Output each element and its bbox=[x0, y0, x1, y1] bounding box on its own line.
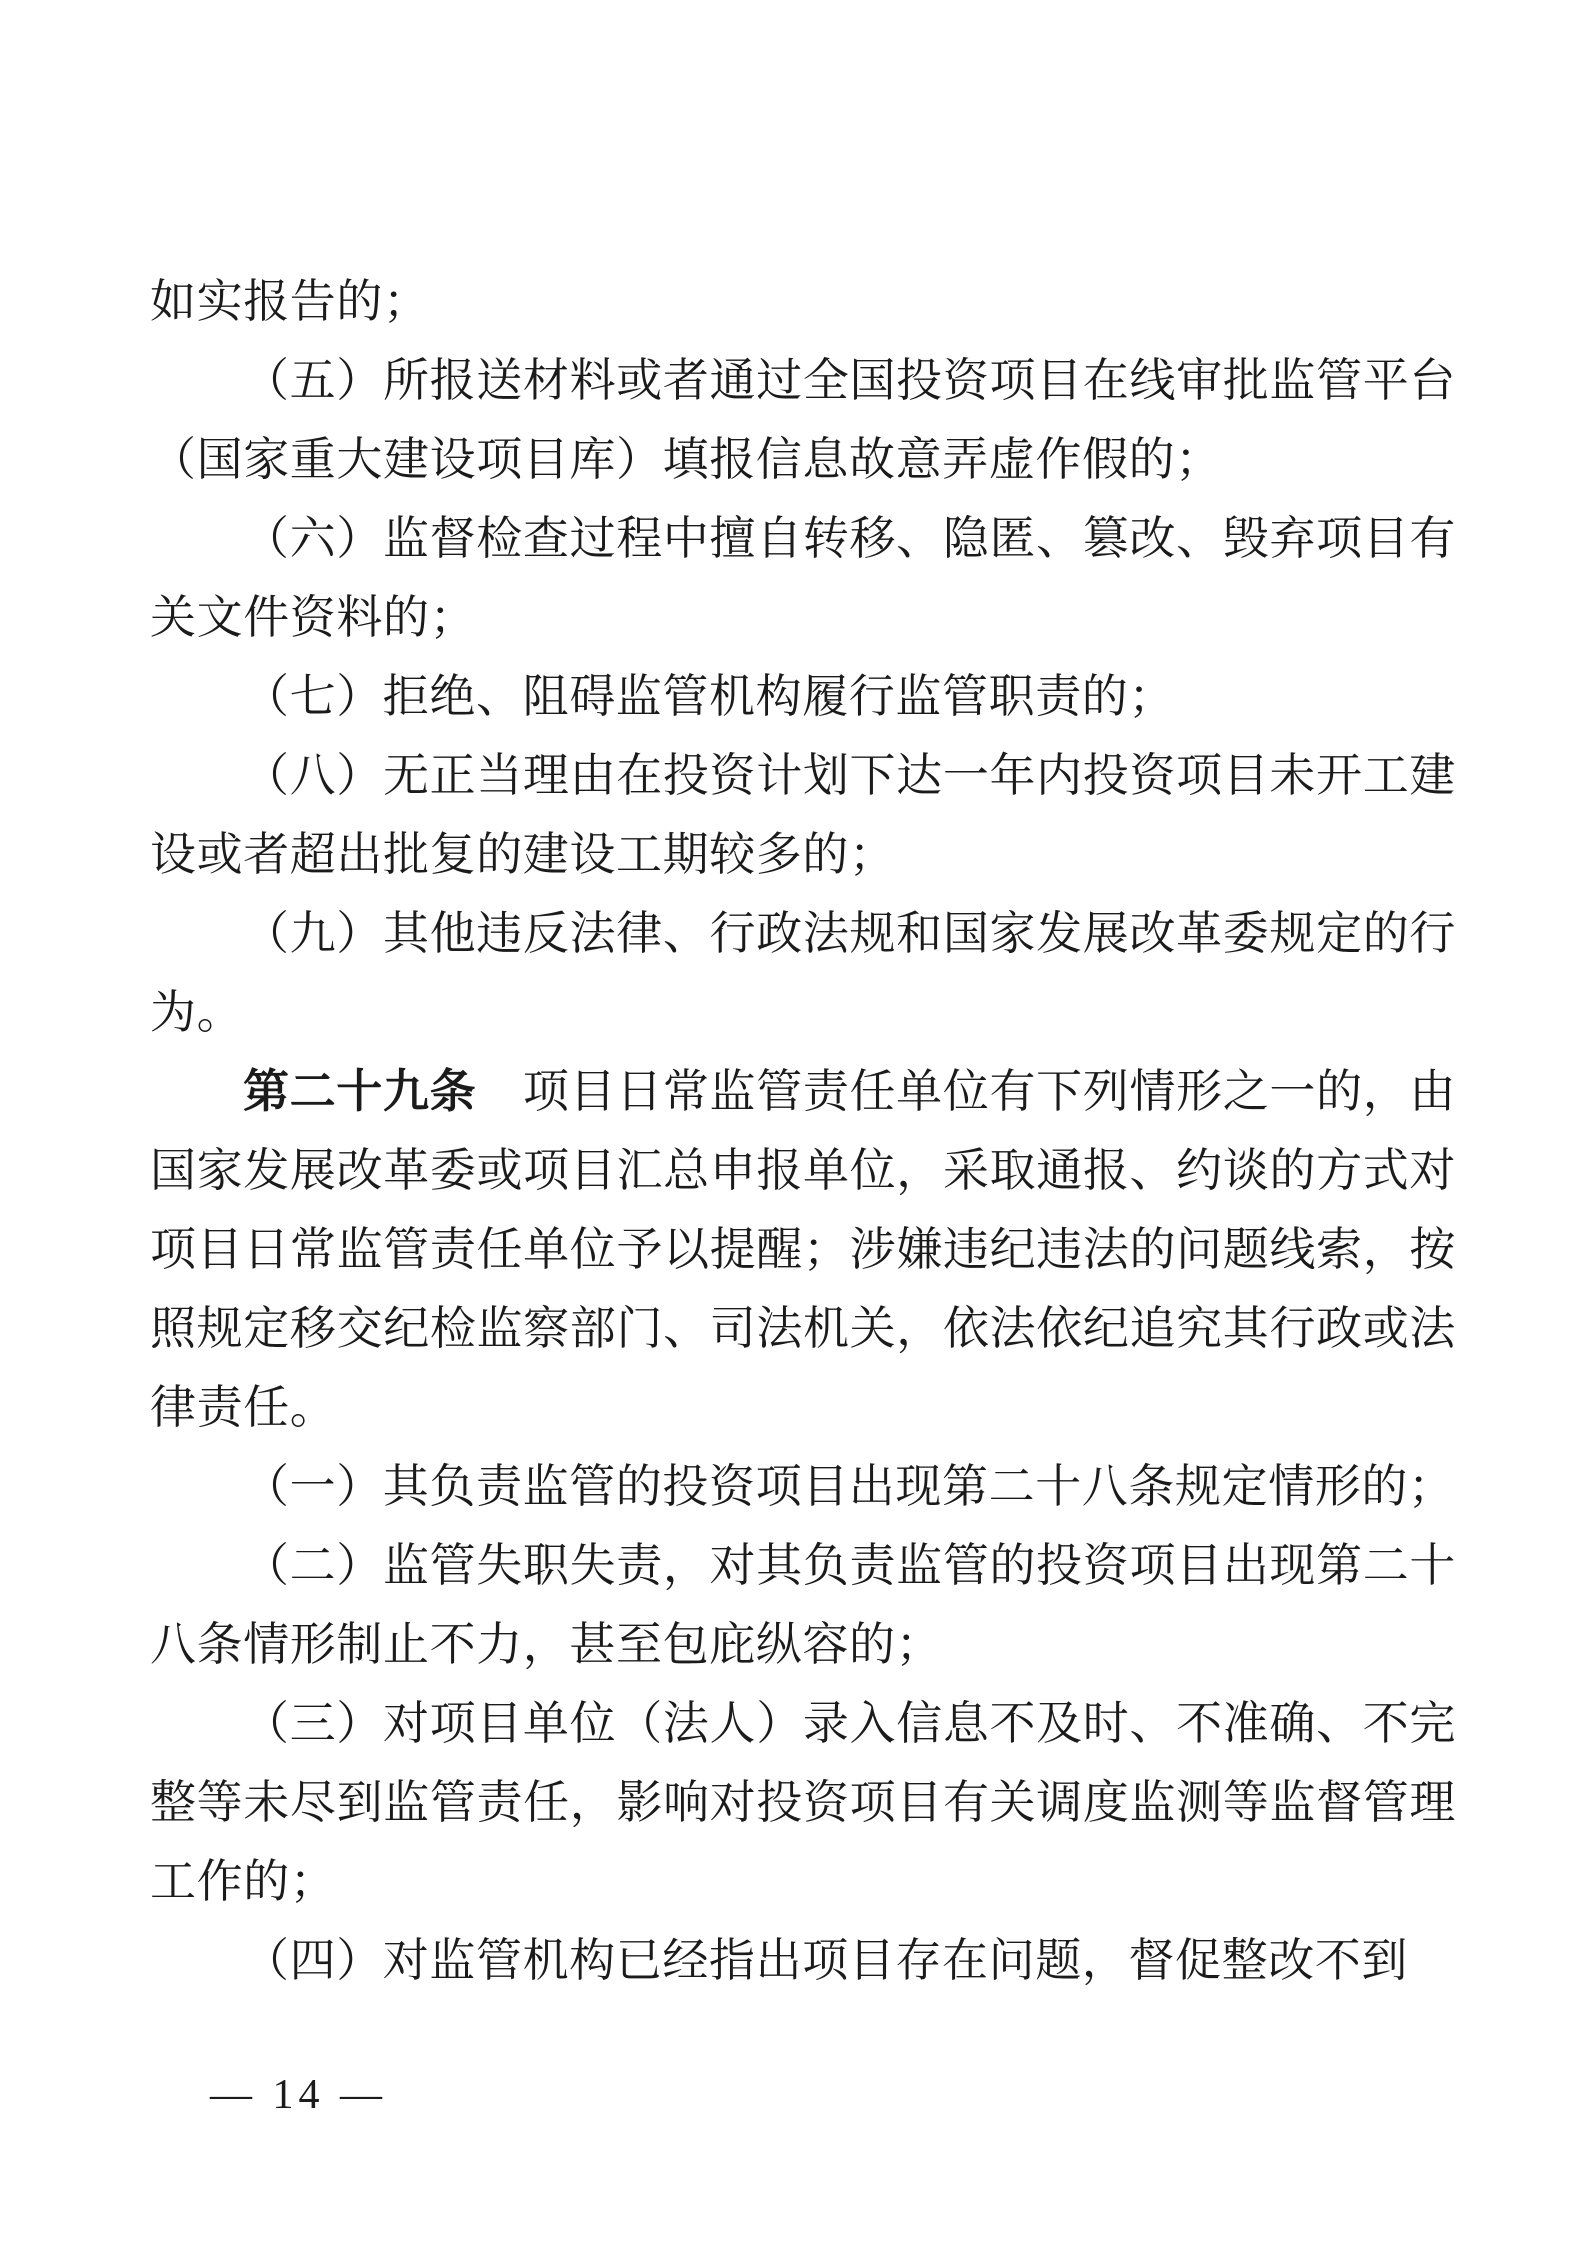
page-number: — 14 — bbox=[210, 2072, 387, 2118]
page-footer: — 14 — bbox=[148, 2008, 387, 2182]
paragraph-text: （六）监督检查过程中擅自转移、隐匿、篡改、毁弃项目有关文件资料的； bbox=[150, 513, 1456, 643]
paragraph-text: （八）无正当理由在投资计划下达一年内投资项目未开工建设或者超出批复的建设工期较多… bbox=[150, 750, 1456, 880]
paragraph-text: （一）其负责监管的投资项目出现第二十八条规定情形的； bbox=[243, 1461, 1455, 1512]
paragraph-text: （三）对项目单位（法人）录入信息不及时、不准确、不完整等未尽到监管责任，影响对投… bbox=[150, 1698, 1456, 1907]
paragraph: （九）其他违反法律、行政法规和国家发展改革委规定的行为。 bbox=[150, 894, 1456, 1052]
paragraph-text: （九）其他违反法律、行政法规和国家发展改革委规定的行为。 bbox=[150, 908, 1456, 1038]
paragraph: （四）对监管机构已经指出项目存在问题，督促整改不到 bbox=[150, 1921, 1456, 2000]
paragraph: （三）对项目单位（法人）录入信息不及时、不准确、不完整等未尽到监管责任，影响对投… bbox=[150, 1684, 1456, 1921]
paragraph: （五）所报送材料或者通过全国投资项目在线审批监管平台（国家重大建设项目库）填报信… bbox=[150, 341, 1456, 499]
paragraph: （六）监督检查过程中擅自转移、隐匿、篡改、毁弃项目有关文件资料的； bbox=[150, 499, 1456, 657]
paragraph: 第二十九条 项目日常监管责任单位有下列情形之一的，由国家发展改革委或项目汇总申报… bbox=[150, 1052, 1456, 1447]
paragraph-text: （二）监管失职失责，对其负责监管的投资项目出现第二十八条情形制止不力，甚至包庇纵… bbox=[150, 1540, 1456, 1670]
paragraph: （二）监管失职失责，对其负责监管的投资项目出现第二十八条情形制止不力，甚至包庇纵… bbox=[150, 1526, 1456, 1684]
article-number: 第二十九条 bbox=[243, 1066, 476, 1117]
document-body: 如实报告的；（五）所报送材料或者通过全国投资项目在线审批监管平台（国家重大建设项… bbox=[150, 262, 1456, 2000]
paragraph: （七）拒绝、阻碍监管机构履行监管职责的； bbox=[150, 657, 1456, 736]
paragraph: 如实报告的； bbox=[150, 262, 1456, 341]
paragraph: （一）其负责监管的投资项目出现第二十八条规定情形的； bbox=[150, 1447, 1456, 1526]
paragraph: （八）无正当理由在投资计划下达一年内投资项目未开工建设或者超出批复的建设工期较多… bbox=[150, 736, 1456, 894]
paragraph-text: 项目日常监管责任单位有下列情形之一的，由国家发展改革委或项目汇总申报单位，采取通… bbox=[150, 1066, 1456, 1433]
paragraph-text: （五）所报送材料或者通过全国投资项目在线审批监管平台（国家重大建设项目库）填报信… bbox=[150, 355, 1456, 485]
paragraph-text: 如实报告的； bbox=[150, 276, 430, 327]
document-page: 如实报告的；（五）所报送材料或者通过全国投资项目在线审批监管平台（国家重大建设项… bbox=[0, 0, 1587, 2245]
paragraph-text: （四）对监管机构已经指出项目存在问题，督促整改不到 bbox=[243, 1935, 1408, 1986]
paragraph-text: （七）拒绝、阻碍监管机构履行监管职责的； bbox=[243, 671, 1175, 722]
